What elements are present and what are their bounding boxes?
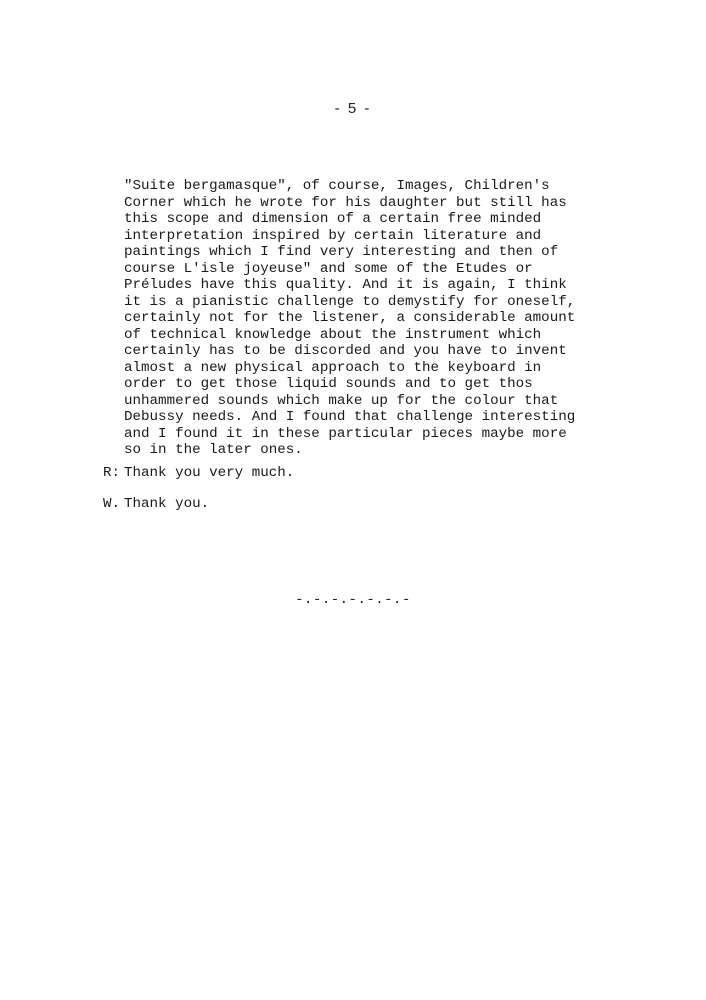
speaker-label: R: (103, 465, 124, 482)
paragraph-line: paintings which I find very interesting … (124, 244, 558, 260)
paragraph-line: order to get those liquid sounds and to … (124, 376, 533, 392)
paragraph-line: course L'isle joyeuse" and some of the E… (124, 261, 533, 277)
exchange-text: Thank you. (124, 496, 209, 512)
exchange-line-w: W.Thank you. (103, 496, 209, 513)
paragraph-line: unhammered sounds which make up for the … (124, 393, 558, 409)
end-separator: -.-.-.-.-.-.- (0, 592, 706, 608)
paragraph-line: almost a new physical approach to the ke… (124, 360, 541, 376)
paragraph-line: this scope and dimension of a certain fr… (124, 211, 541, 227)
paragraph-line: "Suite bergamasque", of course, Images, … (124, 178, 550, 194)
paragraph-line: and I found it in these particular piece… (124, 426, 567, 442)
speaker-label: W. (103, 496, 124, 513)
paragraph-line: Préludes have this quality. And it is ag… (124, 277, 567, 293)
page-number: - 5 - (0, 100, 706, 117)
paragraph-line: Debussy needs. And I found that challeng… (124, 409, 575, 425)
paragraph-line: certainly has to be discorded and you ha… (124, 343, 567, 359)
interview-answer-paragraph: "Suite bergamasque", of course, Images, … (124, 178, 644, 459)
paragraph-line: of technical knowledge about the instrum… (124, 327, 541, 343)
exchange-line-r: R:Thank you very much. (103, 465, 294, 482)
paragraph-line: certainly not for the listener, a consid… (124, 310, 575, 326)
paragraph-line: it is a pianistic challenge to demystify… (124, 294, 575, 310)
exchange-text: Thank you very much. (124, 465, 294, 481)
paragraph-line: interpretation inspired by certain liter… (124, 228, 541, 244)
paragraph-line: Corner which he wrote for his daughter b… (124, 195, 567, 211)
paragraph-line: so in the later ones. (124, 442, 303, 458)
